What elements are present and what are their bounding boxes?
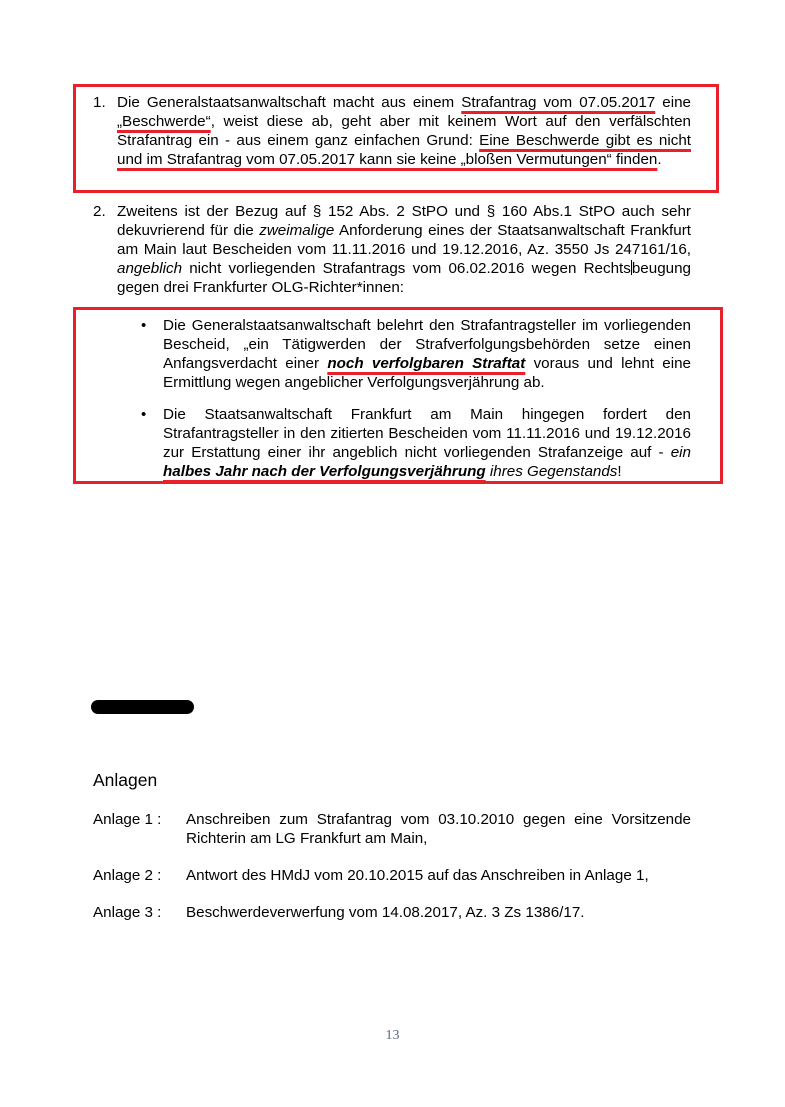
bullet-1-text: Die Generalstaatsanwaltschaft belehrt de… [163,316,691,392]
bullet-icon: • [141,405,146,424]
item2-italic-1: zweimalige [259,222,334,239]
bullet-2-emphasis: halbes Jahr nach der Verfolgungsverjähru… [163,463,486,480]
anlage-2-text: Antwort des HMdJ vom 20.10.2015 auf das … [186,866,691,885]
bullet-2-italic-1: ein [671,444,691,461]
anlage-3-text: Beschwerdeverwerfung vom 14.08.2017, Az.… [186,903,691,922]
bullet-1-emphasis: noch verfolgbaren Straftat [327,355,525,372]
item1-text-2: eine [655,94,691,111]
underline-beschwerde: „Beschwerde“ [117,113,211,130]
bullet-2-italic-2: ihres Gegenstands [486,463,618,480]
anlage-1-label: Anlage 1 : [93,810,161,829]
anlage-3-label: Anlage 3 : [93,903,161,922]
underline-strafantrag: Strafantrag vom 07.05.2017 [461,94,655,111]
item2-italic-2: angeblich [117,260,182,277]
page-number: 13 [0,1028,785,1044]
bullet-icon: • [141,316,146,335]
item2-text-3: nicht vorliegenden Strafantrags vom 06.0… [182,260,631,277]
item2-text: Zweitens ist der Bezug auf § 152 Abs. 2 … [117,202,691,297]
bullet-2-text-2: ! [617,463,621,480]
anlage-2-label: Anlage 2 : [93,866,161,885]
bullet-2-text: Die Staatsanwaltschaft Frankfurt am Main… [163,405,691,481]
item1-text: Die Generalstaatsanwaltschaft macht aus … [117,93,691,169]
redacted-signature [91,700,194,714]
item1-text-4: . [657,151,661,168]
item2-number: 2. [93,202,106,221]
anlagen-heading: Anlagen [93,770,157,791]
bullet-2-text-1: Die Staatsanwaltschaft Frankfurt am Main… [163,406,691,461]
item1-text-1: Die Generalstaatsanwaltschaft macht aus … [117,94,461,111]
anlage-1-text: Anschreiben zum Strafantrag vom 03.10.20… [186,810,691,848]
item1-number: 1. [93,93,106,112]
